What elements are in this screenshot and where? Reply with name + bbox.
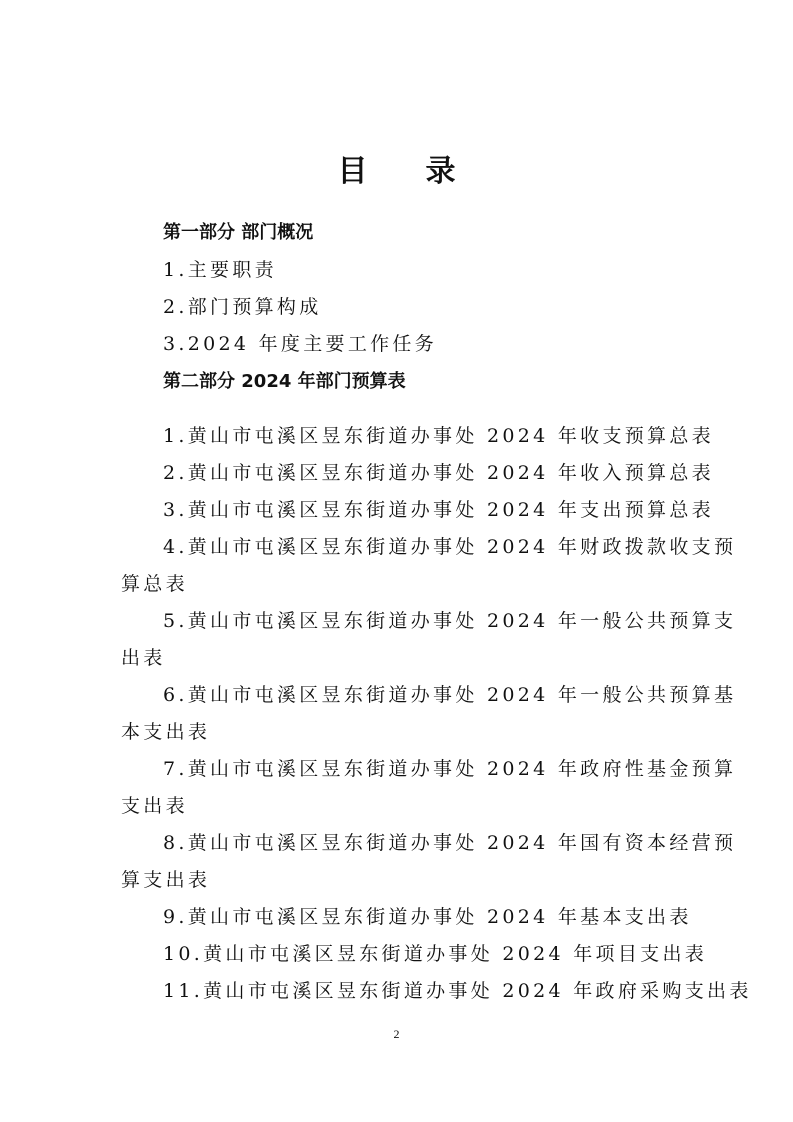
toc-entry[interactable]: 2.部门预算构成 (163, 295, 322, 319)
toc-entry-continuation[interactable]: 算支出表 (121, 868, 210, 892)
toc-entry[interactable]: 8.黄山市屯溪区昱东街道办事处 2024 年国有资本经营预 (163, 831, 736, 855)
toc-entry[interactable]: 3.黄山市屯溪区昱东街道办事处 2024 年支出预算总表 (163, 498, 714, 522)
toc-entry[interactable]: 1.黄山市屯溪区昱东街道办事处 2024 年收支预算总表 (163, 424, 714, 448)
toc-entry[interactable]: 5.黄山市屯溪区昱东街道办事处 2024 年一般公共预算支 (163, 609, 736, 633)
part2-heading: 第二部分 2024 年部门预算表 (163, 370, 406, 394)
toc-entry-continuation[interactable]: 支出表 (121, 794, 188, 818)
toc-entry[interactable]: 6.黄山市屯溪区昱东街道办事处 2024 年一般公共预算基 (163, 683, 736, 707)
toc-entry[interactable]: 10.黄山市屯溪区昱东街道办事处 2024 年项目支出表 (163, 942, 707, 966)
toc-title: 目录 (0, 146, 793, 190)
toc-title-char-2: 录 (426, 146, 456, 190)
toc-entry[interactable]: 11.黄山市屯溪区昱东街道办事处 2024 年政府采购支出表 (163, 979, 752, 1003)
toc-entry[interactable]: 7.黄山市屯溪区昱东街道办事处 2024 年政府性基金预算 (163, 757, 736, 781)
toc-entry[interactable]: 1.主要职责 (163, 258, 277, 282)
toc-entry[interactable]: 2.黄山市屯溪区昱东街道办事处 2024 年收入预算总表 (163, 461, 714, 485)
toc-entry[interactable]: 9.黄山市屯溪区昱东街道办事处 2024 年基本支出表 (163, 905, 692, 929)
document-page: 目录 第一部分 部门概况 1.主要职责 2.部门预算构成 3.2024 年度主要… (0, 0, 793, 1122)
toc-entry-continuation[interactable]: 本支出表 (121, 720, 210, 744)
toc-title-char-1: 目 (338, 146, 368, 190)
part1-heading: 第一部分 部门概况 (163, 221, 313, 245)
page-number: 2 (0, 1027, 793, 1042)
toc-entry[interactable]: 4.黄山市屯溪区昱东街道办事处 2024 年财政拨款收支预 (163, 535, 736, 559)
toc-entry-continuation[interactable]: 出表 (121, 646, 166, 670)
toc-entry[interactable]: 3.2024 年度主要工作任务 (163, 332, 437, 356)
toc-entry-continuation[interactable]: 算总表 (121, 572, 188, 596)
